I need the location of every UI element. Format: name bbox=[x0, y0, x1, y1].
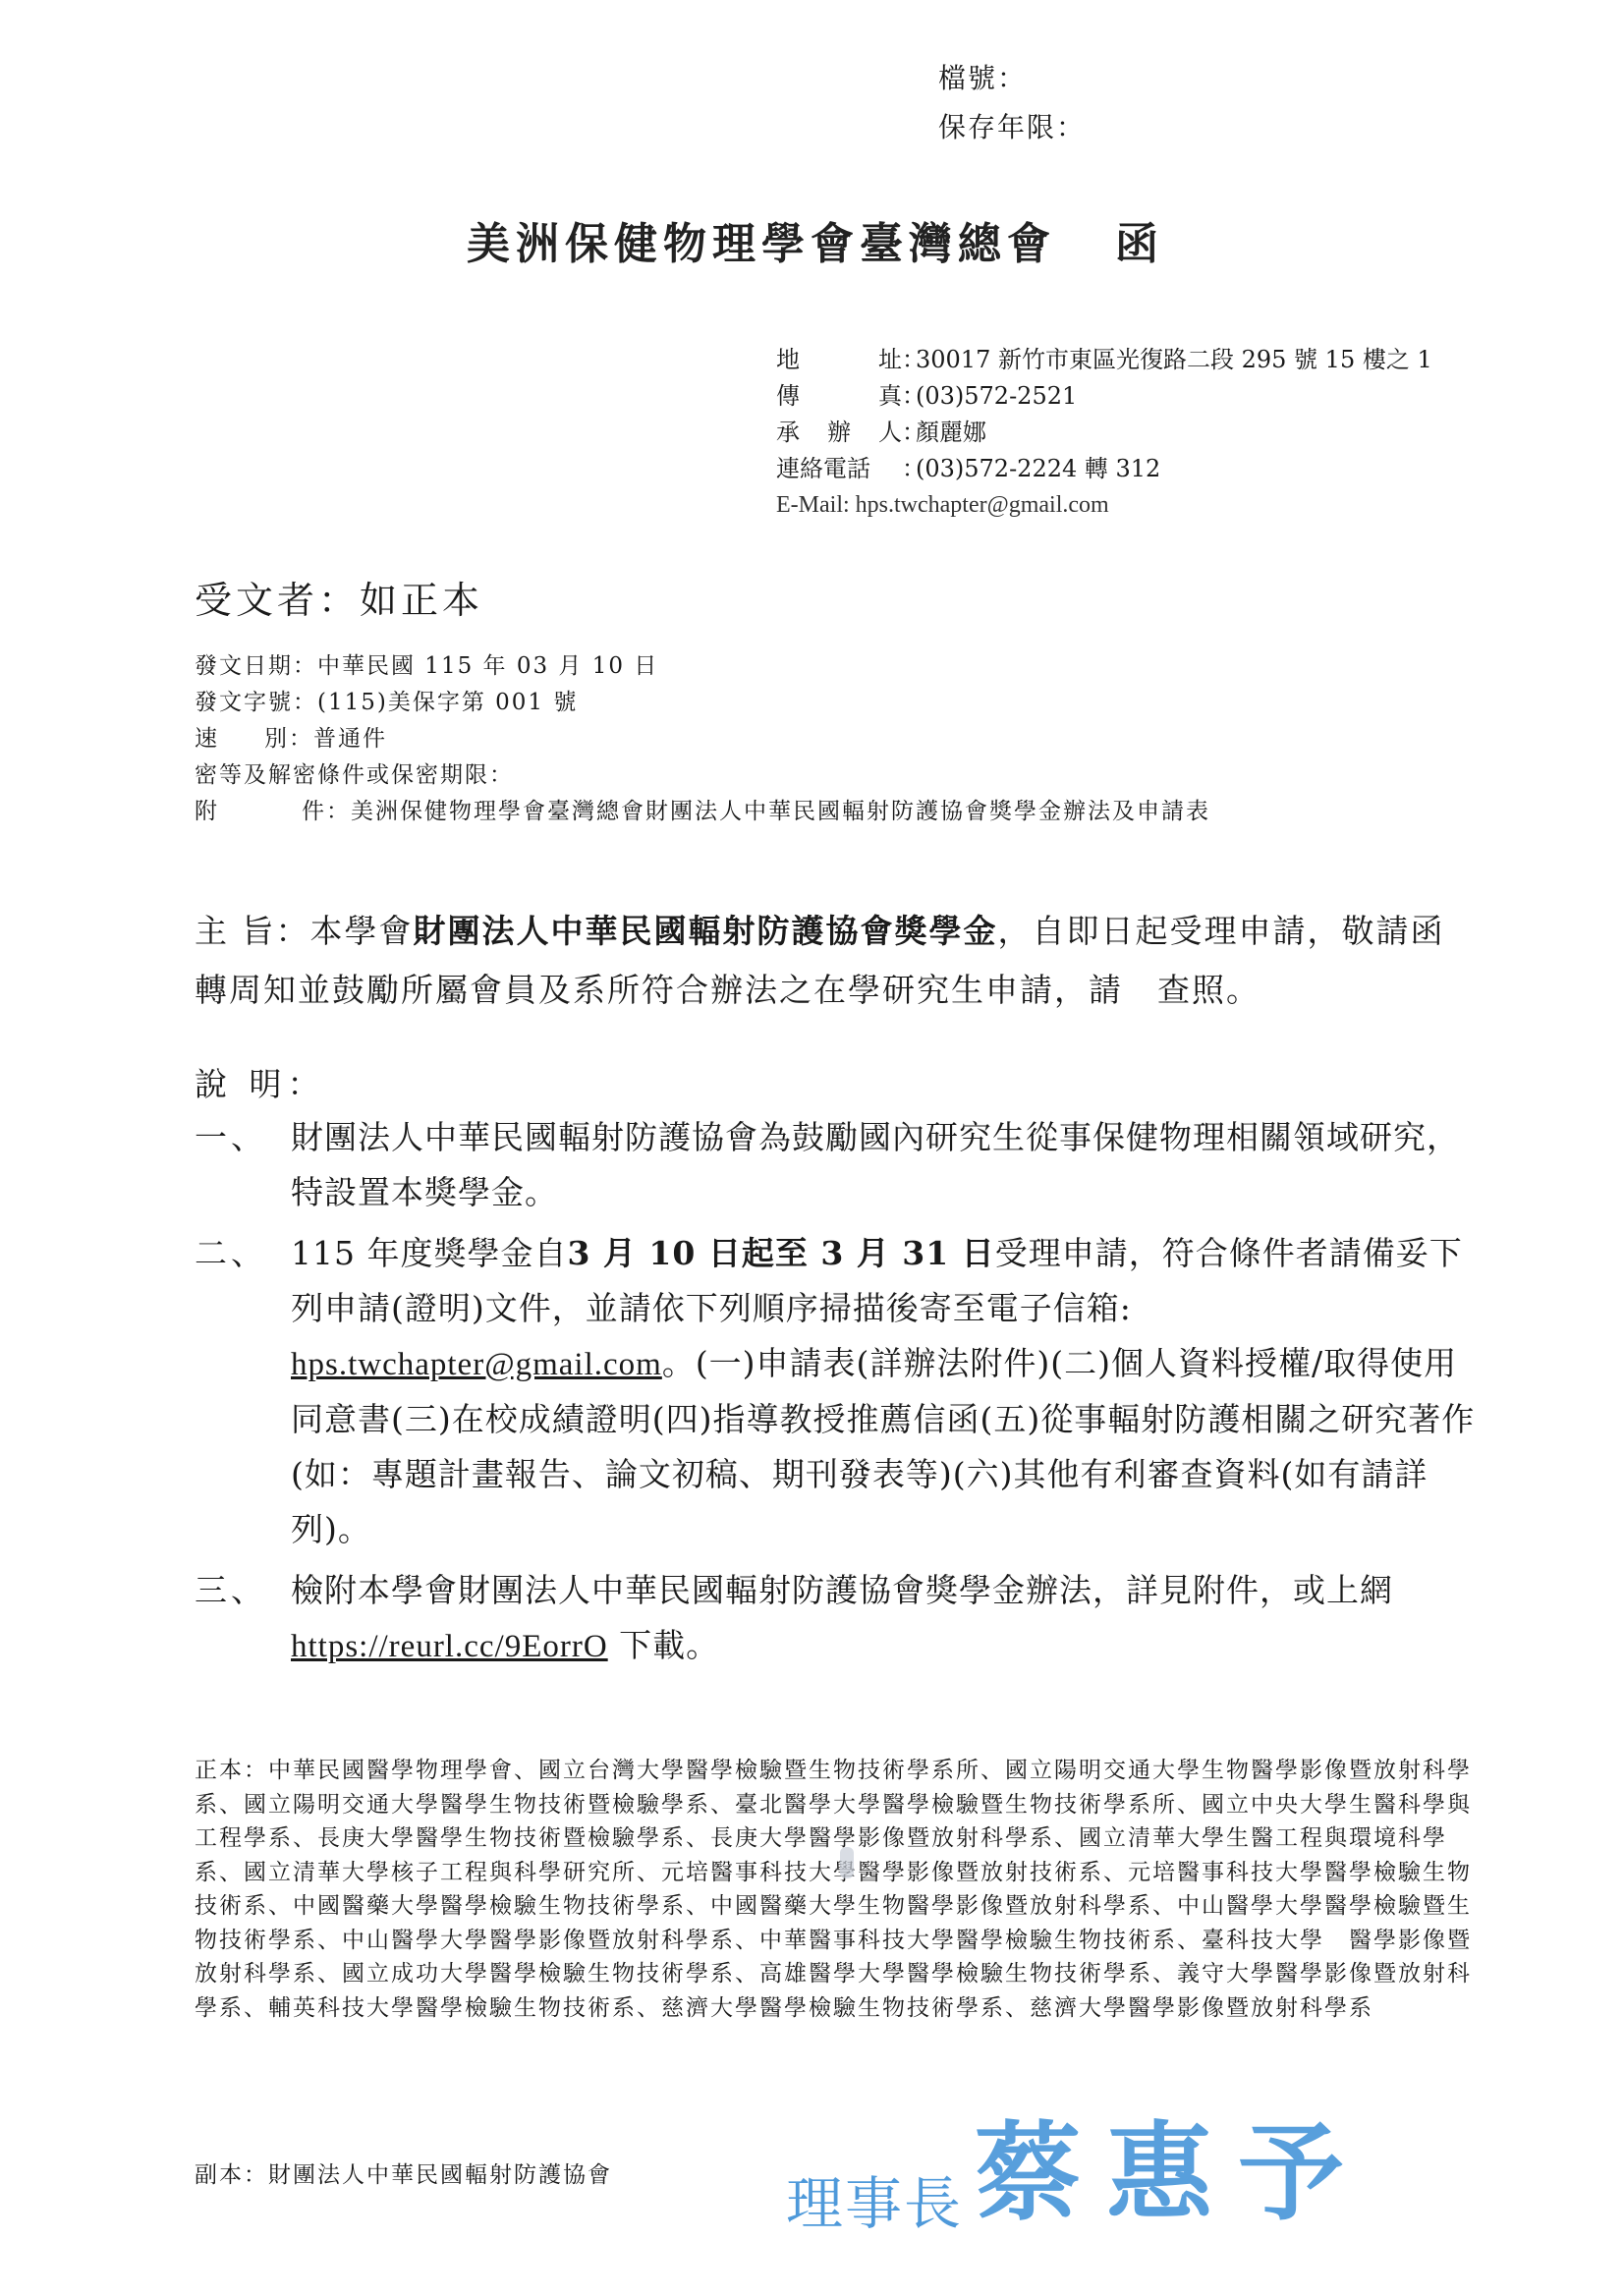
email-link[interactable]: hps.twchapter@gmail.com bbox=[291, 1347, 662, 1382]
secrecy-row: 密等及解密條件或保密期限： bbox=[195, 757, 1210, 794]
download-link[interactable]: https://reurl.cc/9EorrO bbox=[291, 1629, 608, 1664]
priority-label: 速別 bbox=[195, 721, 289, 757]
issue-date-row: 發文日期：中華民國 115 年 03 月 10 日 bbox=[195, 648, 1210, 685]
item-number: 三、 bbox=[195, 1563, 291, 1674]
email-row: E-Mail: hps.twchapter@gmail.com bbox=[776, 487, 1432, 524]
file-number-field: 檔號： bbox=[938, 57, 1027, 96]
fax-row: 傳真：(03)572-2521 bbox=[776, 378, 1432, 415]
item-number: 一、 bbox=[195, 1110, 291, 1220]
distribution-copy-value: 財團法人中華民國輻射防護協會 bbox=[268, 2162, 612, 2188]
recipient-label: 受文者： bbox=[195, 579, 360, 622]
phone-value: (03)572-2224 轉 312 bbox=[916, 451, 1160, 487]
subject-highlight: 財團法人中華民國輻射防護協會獎學金 bbox=[414, 912, 998, 950]
contact-block: 地址：30017 新竹市東區光復路二段 295 號 15 樓之 1 傳真：(03… bbox=[776, 342, 1432, 524]
reference-number-label: 發文字號 bbox=[195, 685, 293, 721]
item-text: 115 年度獎學金自3 月 10 日起至 3 月 31 日受理申請，符合條件者請… bbox=[291, 1226, 1482, 1557]
document-title: 美洲保健物理學會臺灣總會函 bbox=[467, 208, 1164, 271]
priority-value: 普通件 bbox=[313, 721, 387, 757]
handler-row: 承辦人：顏麗娜 bbox=[776, 415, 1432, 451]
distribution-copy-label: 副本： bbox=[195, 2162, 268, 2188]
fax-label: 傳真 bbox=[776, 378, 902, 415]
attachment-label: 附件 bbox=[195, 794, 326, 830]
reference-number-row: 發文字號：(115)美保字第 001 號 bbox=[195, 685, 1210, 721]
handler-value: 顏麗娜 bbox=[916, 415, 986, 451]
document-meta: 發文日期：中華民國 115 年 03 月 10 日 發文字號：(115)美保字第… bbox=[195, 648, 1210, 830]
stamp-name: 蔡惠予 bbox=[975, 2088, 1370, 2240]
item-text: 財團法人中華民國輻射防護協會為鼓勵國內研究生從事保健物理相關領域研究，特設置本獎… bbox=[291, 1110, 1482, 1220]
chairperson-stamp: 理事長 蔡惠予 bbox=[786, 2088, 1370, 2240]
attachment-value[interactable]: 美洲保健物理學會臺灣總會財團法人中華民國輻射防護協會獎學金辦法及申請表 bbox=[351, 794, 1210, 830]
item-number: 二、 bbox=[195, 1226, 291, 1557]
list-item: 三、 檢附本學會財團法人中華民國輻射防護協會獎學金辦法，詳見附件，或上網 htt… bbox=[195, 1563, 1482, 1674]
email-label: E-Mail: bbox=[776, 487, 850, 524]
recipient-value: 如正本 bbox=[360, 579, 483, 622]
explanation-list: 一、 財團法人中華民國輻射防護協會為鼓勵國內研究生從事保健物理相關領域研究，特設… bbox=[195, 1110, 1482, 1674]
issue-date-label: 發文日期 bbox=[195, 648, 293, 685]
distribution-main-label: 正本： bbox=[195, 1758, 268, 1783]
distribution-main: 正本：中華民國醫學物理學會、國立台灣大學醫學檢驗暨生物技術學系所、國立陽明交通大… bbox=[195, 1754, 1472, 2025]
priority-row: 速別：普通件 bbox=[195, 721, 1210, 757]
distribution-main-list: 中華民國醫學物理學會、國立台灣大學醫學檢驗暨生物技術學系所、國立陽明交通大學生物… bbox=[195, 1758, 1472, 2021]
phone-row: 連絡電話：(03)572-2224 轉 312 bbox=[776, 451, 1432, 487]
retention-period-label: 保存年限： bbox=[938, 111, 1086, 143]
phone-label: 連絡電話 bbox=[776, 451, 902, 487]
distribution-copy: 副本：財團法人中華民國輻射防護協會 bbox=[195, 2156, 612, 2189]
organization-name: 美洲保健物理學會臺灣總會 bbox=[467, 219, 1056, 269]
address-label: 地址 bbox=[776, 342, 902, 378]
scan-smudge bbox=[840, 1847, 854, 1878]
address-value: 30017 新竹市東區光復路二段 295 號 15 樓之 1 bbox=[916, 342, 1432, 378]
secrecy-label: 密等及解密條件或保密期限： bbox=[195, 757, 514, 794]
list-item: 一、 財團法人中華民國輻射防護協會為鼓勵國內研究生從事保健物理相關領域研究，特設… bbox=[195, 1110, 1482, 1220]
item-text: 檢附本學會財團法人中華民國輻射防護協會獎學金辦法，詳見附件，或上網 https:… bbox=[291, 1563, 1482, 1674]
file-number-label: 檔號： bbox=[938, 62, 1027, 94]
reference-number-value: (115)美保字第 001 號 bbox=[317, 685, 578, 721]
attachment-row: 附件：美洲保健物理學會臺灣總會財團法人中華民國輻射防護協會獎學金辦法及申請表 bbox=[195, 794, 1210, 830]
retention-period-field: 保存年限： bbox=[938, 106, 1086, 145]
email-value[interactable]: hps.twchapter@gmail.com bbox=[856, 487, 1109, 524]
fax-value: (03)572-2521 bbox=[916, 378, 1077, 415]
list-item: 二、 115 年度獎學金自3 月 10 日起至 3 月 31 日受理申請，符合條… bbox=[195, 1226, 1482, 1557]
address-row: 地址：30017 新竹市東區光復路二段 295 號 15 樓之 1 bbox=[776, 342, 1432, 378]
document-type: 函 bbox=[1115, 219, 1164, 269]
issue-date-value: 中華民國 115 年 03 月 10 日 bbox=[317, 648, 658, 685]
handler-label: 承辦人 bbox=[776, 415, 902, 451]
subject-label: 主 旨： bbox=[195, 912, 310, 950]
application-period: 3 月 10 日起至 3 月 31 日 bbox=[567, 1234, 994, 1272]
recipient-line: 受文者：如正本 bbox=[195, 570, 483, 624]
explanation-heading: 說 明： bbox=[195, 1059, 326, 1105]
stamp-title: 理事長 bbox=[786, 2157, 963, 2240]
subject-paragraph: 主 旨：本學會財團法人中華民國輻射防護協會獎學金，自即日起受理申請，敬請函轉周知… bbox=[195, 902, 1472, 1020]
